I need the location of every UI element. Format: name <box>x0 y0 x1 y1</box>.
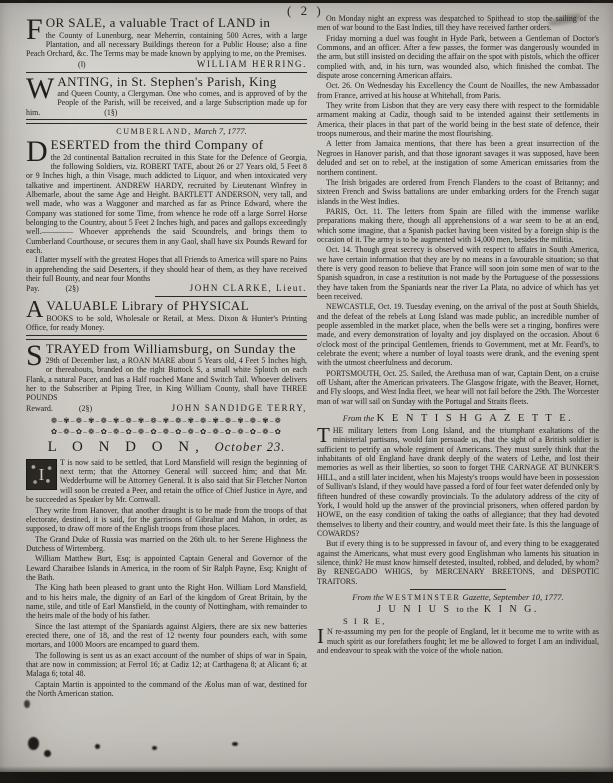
london-paragraph: Captain Martin is appointed to the comma… <box>26 680 307 699</box>
drop-cap-f: F <box>26 16 46 42</box>
double-rule-divider <box>26 335 307 340</box>
dateline-cumberland: CUMBERLAND, March 7, 1777. <box>56 126 307 137</box>
advertiser-signature: WILLIAM HERRING. <box>197 59 307 70</box>
ad-wanting-body: and Queen County, a Clergyman. One who c… <box>26 89 307 117</box>
ink-blot <box>95 744 100 749</box>
ad-strayed-headline: TRAYED from Williamsburg, on Sunday the <box>26 342 307 357</box>
floral-ornament-row: ✿–❁–✿–❁–✿–❁–✿–❁–✿–❁–✿–❁–✿–❁–✿–❁–✿–❁–✿ <box>26 427 307 436</box>
drop-cap-d: D <box>26 138 51 164</box>
to-the-label: to the <box>457 604 479 614</box>
ad-for-sale: F OR SALE, a valuable Tract of LAND in t… <box>26 16 307 70</box>
london-paragraph: The following is sent us as an exact acc… <box>26 651 307 679</box>
london-paragraph-1: IT is now said to be settled, that Lord … <box>26 458 307 505</box>
junius-name: J U N I U S <box>377 604 451 615</box>
advertiser-signature: JOHN CLARKE, Lieut. <box>190 283 307 294</box>
ad-for-sale-body: the County of Lunenburg, near Meherrin, … <box>26 31 307 59</box>
kentish-paragraph-1: THE military letters from Long Island, a… <box>317 426 599 538</box>
short-rule-divider <box>410 589 506 590</box>
partial-rule-divider <box>155 296 307 297</box>
ad-deserted: D ESERTED from the third Company of the … <box>26 138 307 294</box>
london-title: L O N D O N, <box>48 439 205 455</box>
ad-deserted-signature-line: Pay. (2§) JOHN CLARKE, Lieut. <box>26 283 307 294</box>
news-paragraph: Oct. 26. On Wednesday his Excellency the… <box>317 81 599 100</box>
left-column: F OR SALE, a valuable Tract of LAND in t… <box>26 16 307 698</box>
from-the-label: From the <box>343 413 374 423</box>
ad-deserted-headline: ESERTED from the third Company of <box>26 138 307 153</box>
drop-cap-a: A <box>26 299 46 321</box>
newspaper-page-scan: ( 2 ) F OR SALE, a valuable Tract of LAN… <box>0 0 613 783</box>
london-paragraph: They write from Hanover, that another dr… <box>26 506 307 534</box>
news-paragraph: Oct. 14. Though great secrecy is observe… <box>317 245 599 301</box>
floral-ornament-row: ❁–✾–❁–✾–❁–✾–❁–✾–❁–✾–❁–✾–❁–✾–❁–✾–❁–✾–❁ <box>26 416 307 425</box>
ad-library-headline: VALUABLE Library of PHYSICAL <box>26 299 307 314</box>
ad-strayed-signature-line: Reward. (2§) JOHN SANDIDGE TERRY, <box>26 403 307 414</box>
kentish-paragraph-1-text: HE military letters from Long Island, an… <box>317 426 599 538</box>
line-tail: Reward. <box>26 403 53 414</box>
london-section-heading: L O N D O N, October 23. <box>26 439 307 456</box>
london-paragraph: The Grand Duke of Russia was married on … <box>26 535 307 554</box>
right-column: On Monday night an express was despatche… <box>317 13 599 655</box>
london-date: October 23. <box>215 440 286 454</box>
ad-for-sale-headline: OR SALE, a valuable Tract of LAND in <box>26 16 307 31</box>
kentish-paragraph-2: But if every thing is to be suppressed i… <box>317 539 599 586</box>
double-rule-divider <box>26 119 307 124</box>
drop-cap-s: S <box>26 342 46 368</box>
westminster-gazette-heading: From the WESTMINSTER Gazette, September … <box>317 592 599 604</box>
london-paragraph-1-text: T is now said to be settled, that Lord M… <box>26 458 307 504</box>
reference-mark: (2§) <box>65 283 78 294</box>
news-paragraph: The Irish brigades are ordered from Fren… <box>317 178 599 206</box>
ink-blot <box>24 700 30 708</box>
westminster-date: Gazette, September 10, 1777. <box>463 592 564 602</box>
reference-mark: (1§) <box>40 108 117 117</box>
ad-wanting: W ANTING, in St. Stephen's Parish, King … <box>26 75 307 118</box>
junius-letter-text: N re-assuming my pen for the people of E… <box>317 627 599 655</box>
london-paragraph: Since the last attempt of the Spaniards … <box>26 622 307 650</box>
ad-library-body: BOOKS to be sold, Wholesale or Retail, a… <box>26 314 307 333</box>
news-paragraph: Friday morning a duel was fought in Hyde… <box>317 34 599 81</box>
london-paragraph: The King hath been pleased to grant unto… <box>26 583 307 620</box>
kentish-gazette-heading: From the K E N T I S H G A Z E T T E. <box>317 412 599 425</box>
line-tail: Pay. <box>26 283 39 294</box>
ad-for-sale-signature-line: (‖) WILLIAM HERRING. <box>26 59 307 70</box>
kentish-gazette-title: K E N T I S H G A Z E T T E. <box>377 413 574 424</box>
salutation: S I R E, <box>343 616 599 626</box>
drop-cap-t: T <box>317 426 333 444</box>
london-paragraph: William Matthew Burt, Esq; is appointed … <box>26 554 307 582</box>
king-label: K I N G. <box>484 604 539 615</box>
dateline-place: CUMBERLAND, <box>116 127 192 136</box>
drop-cap-i: I <box>317 627 327 645</box>
westminster-title: WESTMINSTER <box>386 593 461 602</box>
dateline-date: March 7, 1777. <box>194 126 247 136</box>
ad-deserted-body: the 2d continental Battalion recruited i… <box>26 153 307 256</box>
ad-deserted-body-2: I flatter myself with the greatest Hopes… <box>26 255 307 283</box>
news-paragraph: A letter from Jamaica mentions, that the… <box>317 139 599 176</box>
ad-strayed-body: 29th of December last, a ROAN MARE about… <box>26 356 307 403</box>
advertiser-signature: JOHN SANDIDGE TERRY, <box>172 403 307 414</box>
short-rule-divider <box>410 409 506 410</box>
news-paragraph-paris: PARIS, Oct. 11. The letters from Spain a… <box>317 207 599 244</box>
news-paragraph-newcastle: NEWCASTLE, Oct. 19. Tuesday evening, on … <box>317 302 599 367</box>
reference-mark: (‖) <box>78 59 86 70</box>
from-the-label: From the <box>352 592 383 602</box>
junius-headline: J U N I U S to the K I N G. <box>317 603 599 616</box>
ink-blot <box>232 742 238 746</box>
scan-bottom-edge <box>0 772 613 783</box>
reference-mark: (2§) <box>79 403 92 414</box>
decorated-initial-woodcut: I <box>26 459 57 490</box>
drop-cap-w: W <box>26 75 57 101</box>
ink-blot <box>152 746 157 750</box>
junius-letter-body: IN re-assuming my pen for the people of … <box>317 627 599 655</box>
ink-blot <box>28 737 39 750</box>
news-paragraph-portsmouth: PORTSMOUTH, Oct. 25. Sailed, the Arethus… <box>317 369 599 406</box>
ad-strayed: S TRAYED from Williamsburg, on Sunday th… <box>26 342 307 414</box>
ad-library: A VALUABLE Library of PHYSICAL BOOKS to … <box>26 299 307 332</box>
rule-divider <box>26 72 307 73</box>
news-paragraph: They write from Lisbon that they are ver… <box>317 101 599 138</box>
ink-blot <box>44 750 51 757</box>
ad-wanting-headline: ANTING, in St. Stephen's Parish, King <box>26 75 307 90</box>
